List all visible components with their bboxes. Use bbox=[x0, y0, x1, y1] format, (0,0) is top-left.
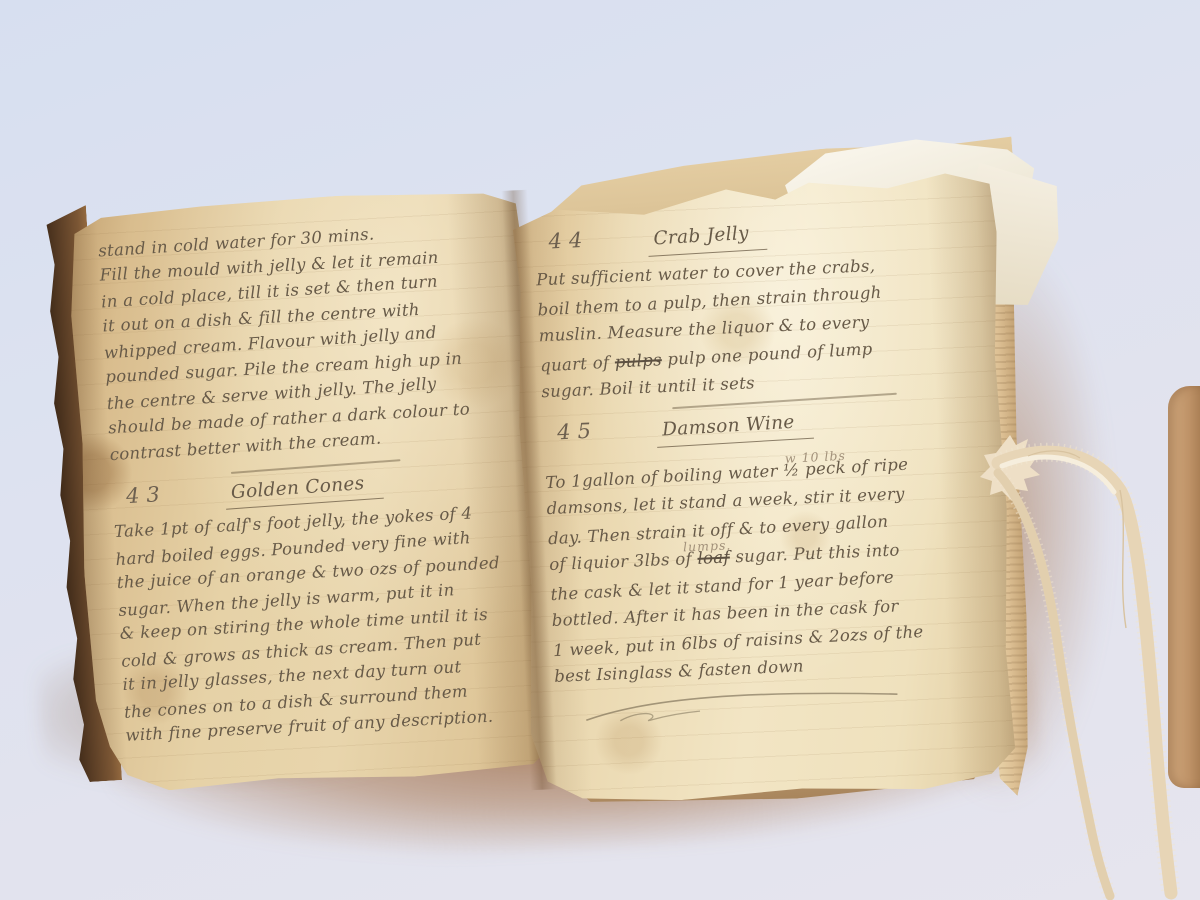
crossed-out-word: lumps.loaf bbox=[697, 547, 730, 567]
recipe-heading: 45 Damson Wine bbox=[543, 399, 990, 452]
recipe-title: Crab Jelly bbox=[646, 219, 767, 257]
recipe-title: Golden Cones bbox=[224, 469, 383, 508]
photo-of-recipe-notebook: stand in cold water for 30 mins. Fill th… bbox=[0, 0, 1200, 900]
pencil-annotation: w 10 lbs bbox=[784, 442, 846, 473]
right-edge-object bbox=[1168, 386, 1200, 788]
recipe-title: Damson Wine bbox=[655, 408, 813, 448]
ribbon-ties bbox=[968, 378, 1200, 900]
recipe-number: 43 bbox=[125, 481, 167, 509]
recipe-number: 45 bbox=[557, 416, 599, 446]
left-page-text: stand in cold water for 30 mins. Fill th… bbox=[64, 186, 553, 823]
right-page-text: 44 Crab Jelly Put sufficient water to co… bbox=[506, 171, 1023, 836]
left-page: stand in cold water for 30 mins. Fill th… bbox=[64, 186, 552, 795]
recipe-number: 44 bbox=[548, 226, 590, 256]
pencil-annotation: lumps. bbox=[682, 531, 731, 561]
right-page: 44 Crab Jelly Put sufficient water to co… bbox=[506, 171, 1021, 807]
crossed-out-word: pulps bbox=[614, 350, 662, 371]
